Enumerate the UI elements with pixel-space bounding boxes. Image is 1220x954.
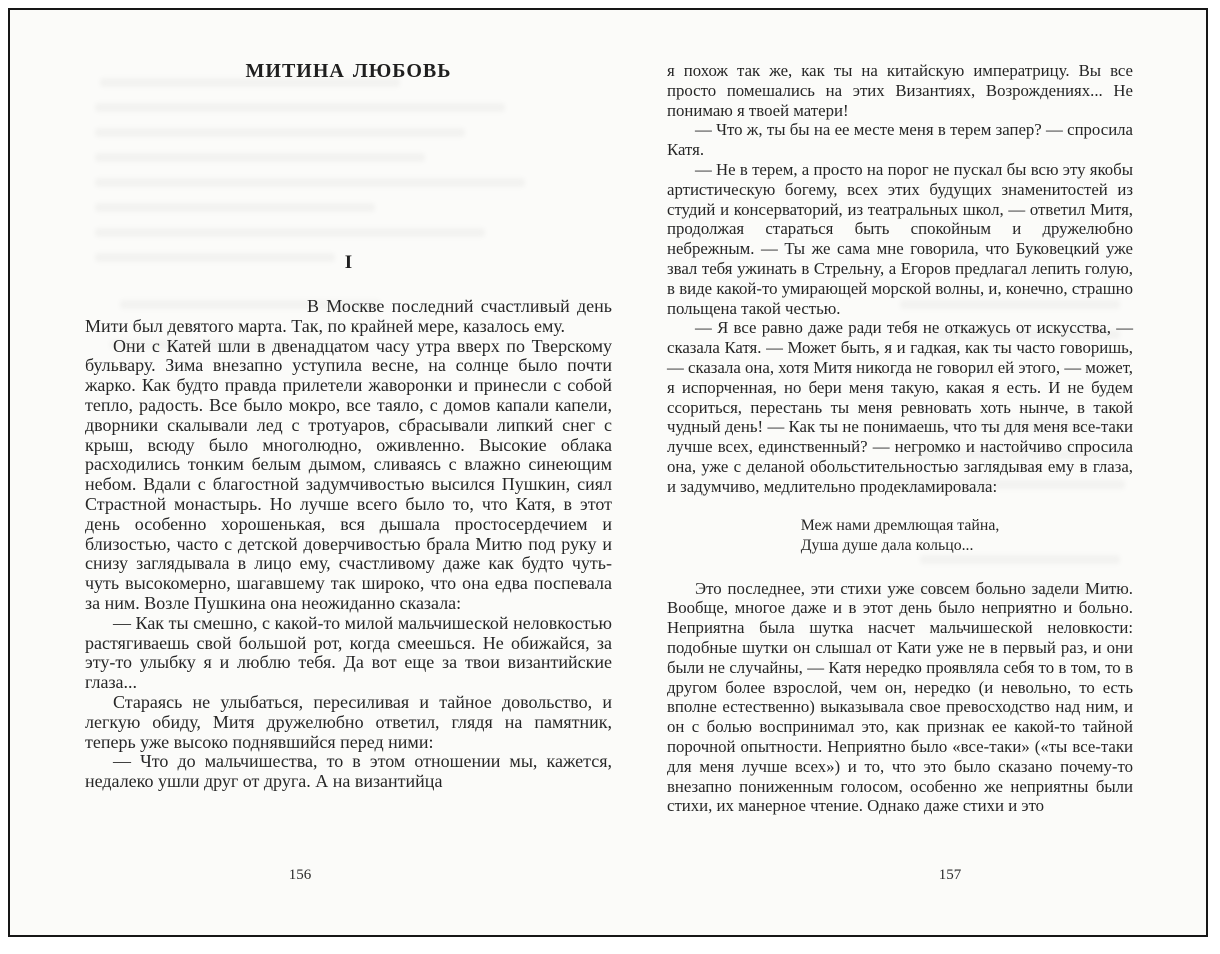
paragraph: Они с Катей шли в двенадцатом часу утра … (85, 337, 612, 614)
story-title: МИТИНА ЛЮБОВЬ (85, 60, 612, 83)
chapter-numeral: I (85, 252, 612, 274)
right-page: я похож так же, как ты на китайскую импе… (667, 0, 1133, 954)
paragraph: Это последнее, эти стихи уже совсем боль… (667, 579, 1133, 817)
paragraph: Стараясь не улыбаться, пересиливая и тай… (85, 693, 612, 752)
paragraph: я похож так же, как ты на китайскую импе… (667, 61, 1133, 120)
verse-quote: Меж нами дремлющая тайна, Душа душе дала… (801, 516, 1000, 556)
right-page-body: я похож так же, как ты на китайскую импе… (667, 61, 1133, 816)
paragraph: — Как ты смешно, с какой-то милой мальчи… (85, 614, 612, 693)
verse-line: Душа душе дала кольцо... (801, 536, 1000, 556)
page-number-right: 157 (905, 867, 995, 884)
paragraph: — Не в терем, а просто на порог не пуска… (667, 160, 1133, 318)
left-page-body: В Москве последний счастливый день Мити … (85, 297, 612, 792)
paragraph: В Москве последний счастливый день Мити … (85, 297, 612, 337)
verse-line: Меж нами дремлющая тайна, (801, 516, 1000, 536)
left-page: МИТИНА ЛЮБОВЬ I В Москве последний счаст… (85, 0, 612, 954)
page-number-left: 156 (255, 867, 345, 884)
paragraph: — Что до мальчишества, то в этом отношен… (85, 752, 612, 792)
paragraph: — Что ж, ты бы на ее месте меня в терем … (667, 120, 1133, 160)
paragraph: — Я все равно даже ради тебя не откажусь… (667, 318, 1133, 496)
